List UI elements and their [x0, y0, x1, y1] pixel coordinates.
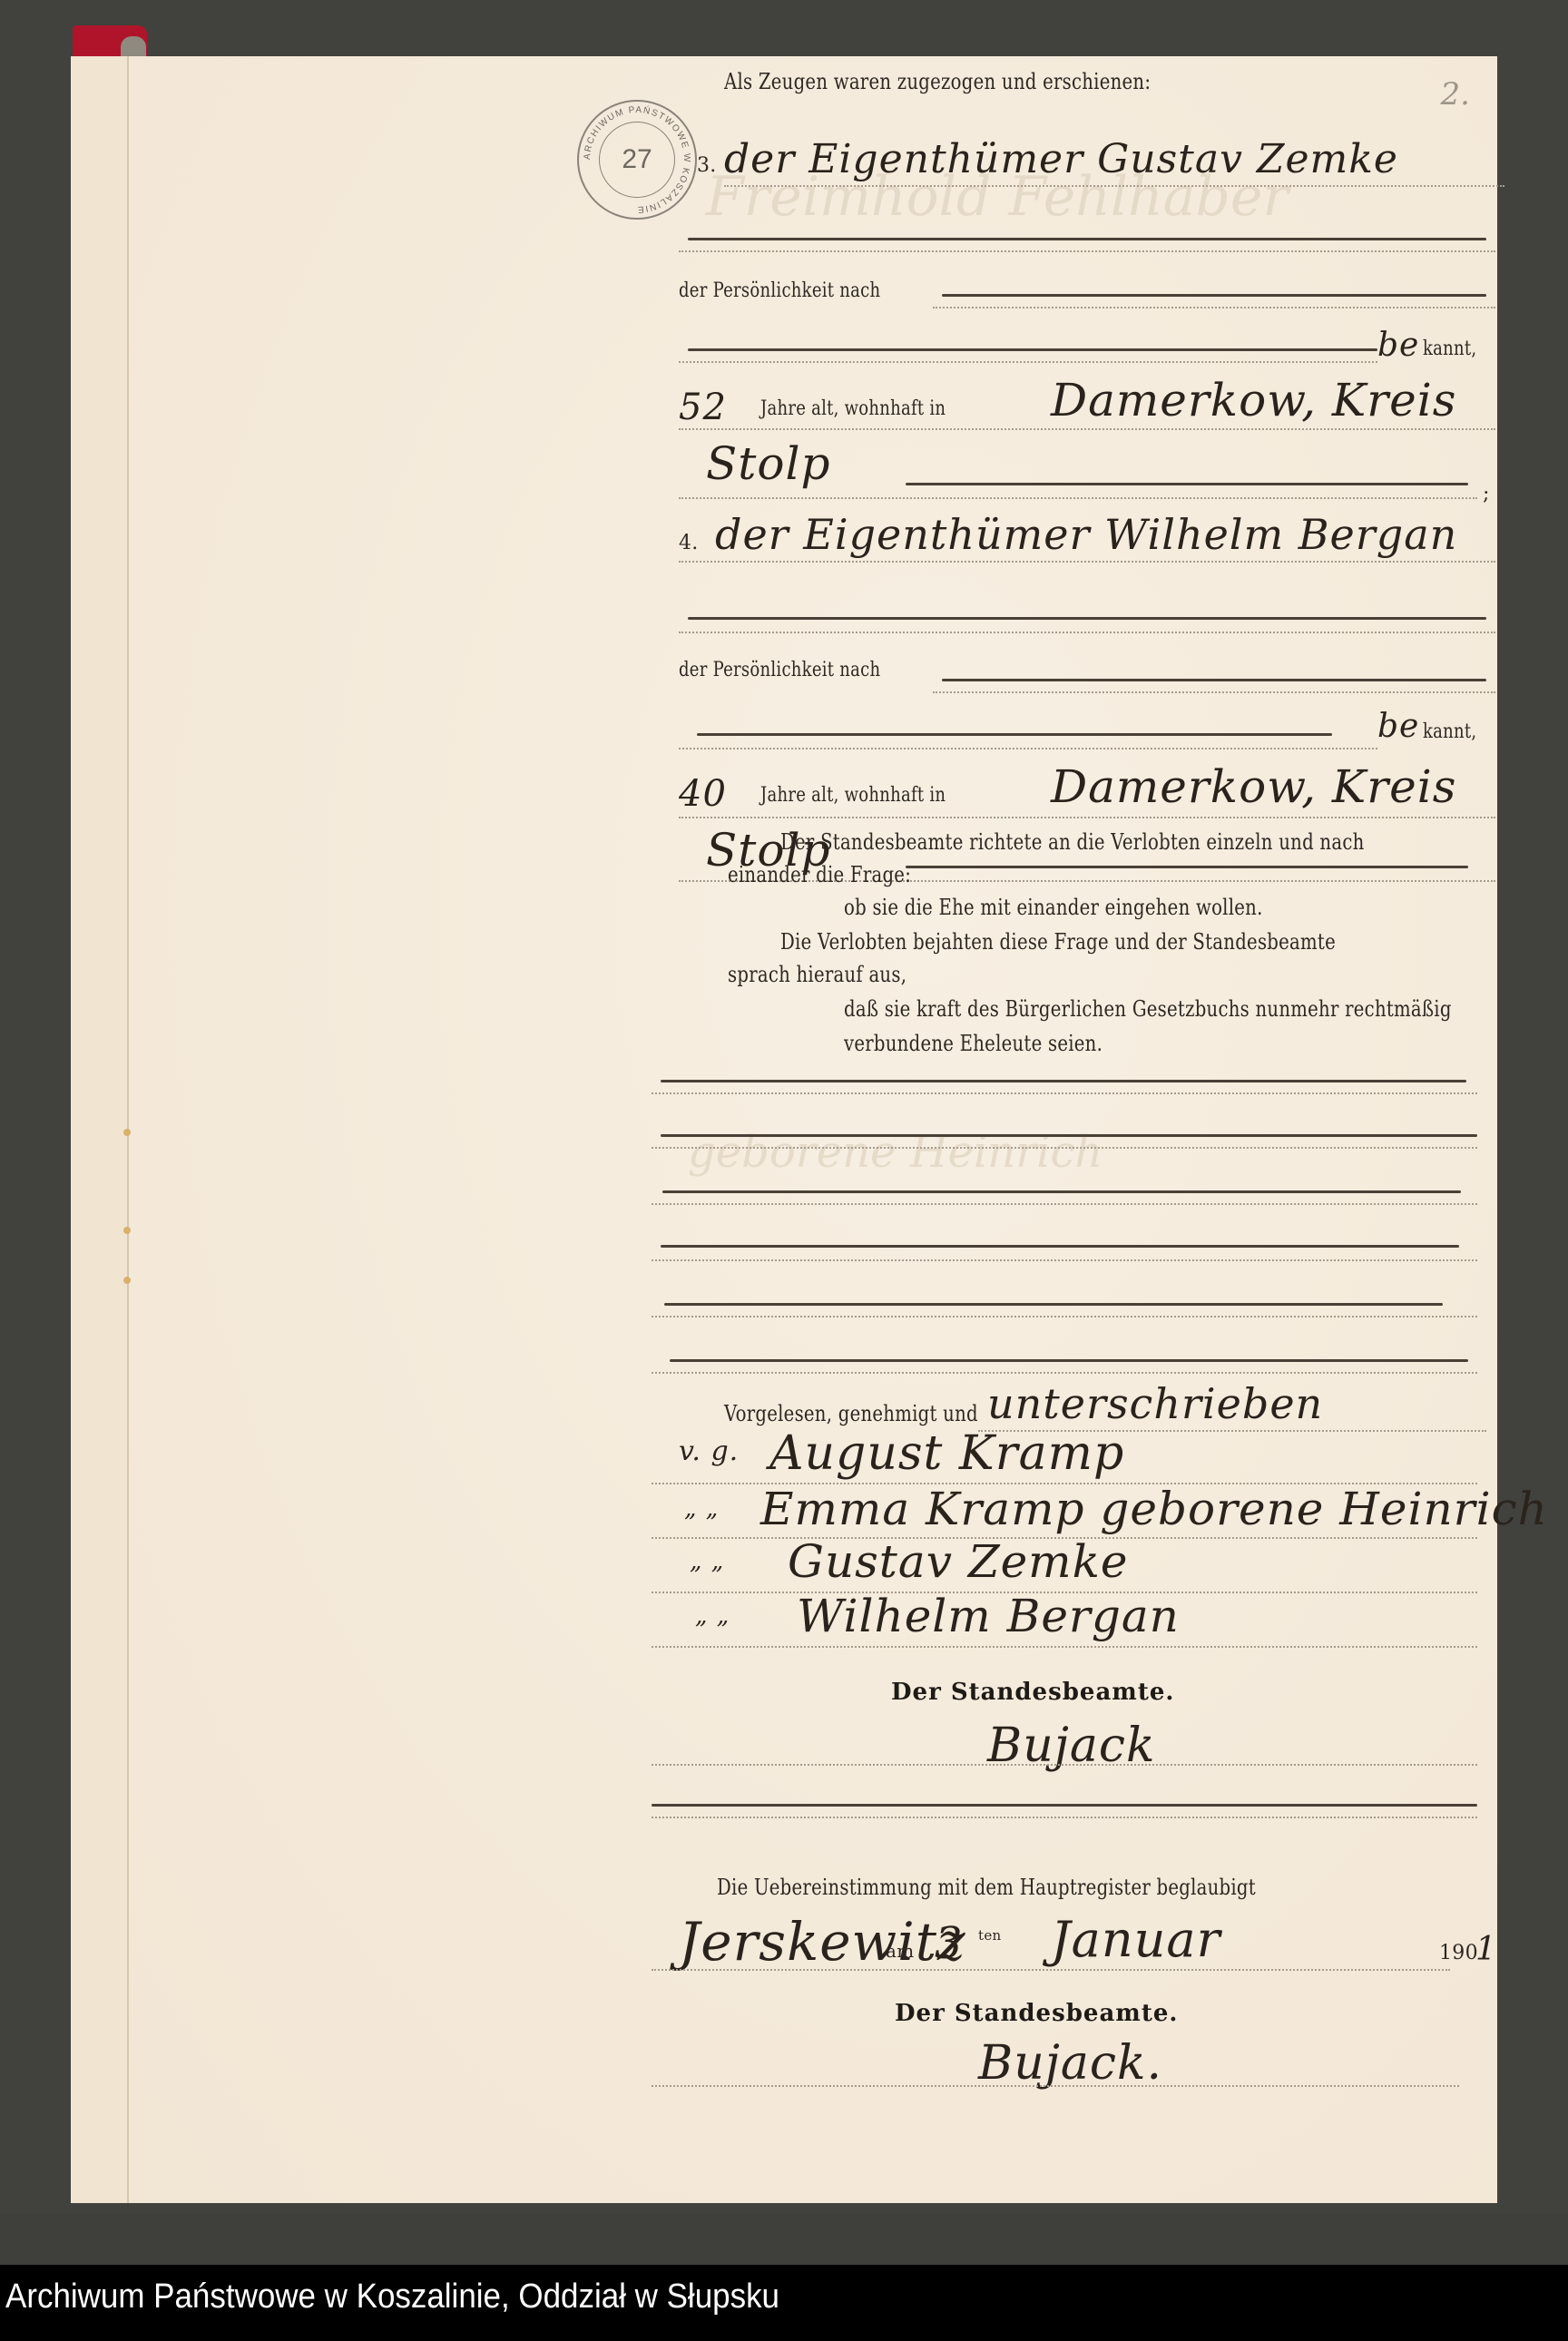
witness-3-name: der Eigenthümer Gustav Zemke — [724, 136, 1398, 182]
witness-3-age-label: Jahre alt, wohnhaft in — [760, 397, 946, 420]
dotted-line — [652, 1147, 1477, 1149]
dotted-line — [679, 361, 1377, 363]
dotted-line — [652, 1316, 1477, 1317]
binding-margin — [71, 56, 127, 2203]
ceremony-line-3: ob sie die Ehe mit einander eingehen wol… — [844, 895, 1263, 920]
archive-caption-bar: Archiwum Państwowe w Koszalinie, Oddział… — [0, 2265, 1568, 2341]
signature-prefix: „ „ — [684, 1495, 719, 1523]
signature-section-label: Vorgelesen, genehmigt und — [724, 1401, 978, 1426]
witness-4-identity-label: der Persönlichkeit nach — [679, 659, 880, 681]
dotted-line — [652, 1969, 1450, 1971]
dotted-line — [652, 1764, 1477, 1766]
archive-caption: Archiwum Państwowe w Koszalinie, Oddział… — [5, 2277, 779, 2317]
dotted-line — [679, 561, 1495, 563]
ink-fill-line — [688, 348, 1377, 351]
dotted-line — [652, 1203, 1477, 1205]
dotted-line — [652, 2085, 1459, 2087]
witness-4-age: 40 — [679, 773, 727, 815]
certification-registrar-title: Der Standesbeamte. — [895, 2000, 1178, 2027]
dotted-line — [679, 428, 1495, 430]
witnesses-heading: Als Zeugen waren zugezogen und erschiene… — [724, 69, 1151, 94]
certification-text: Die Uebereinstimmung mit dem Hauptregist… — [717, 1875, 1256, 1900]
witness-3-residence: Damerkow, Kreis — [1051, 374, 1456, 426]
witness-4-residence: Damerkow, Kreis — [1051, 760, 1456, 813]
ceremony-line-5: sprach hierauf aus, — [728, 962, 906, 987]
signature-section-label-handwritten: unterschrieben — [987, 1379, 1323, 1428]
document-page: Freimhold Fehlhaber geborene Heinrich 2.… — [71, 56, 1497, 2203]
stitch-hole — [123, 1277, 131, 1284]
ceremony-line-7: verbundene Eheleute seien. — [844, 1031, 1102, 1056]
certification-am-label: am — [886, 1940, 915, 1962]
strike-line — [662, 1190, 1461, 1193]
dotted-line — [652, 1092, 1477, 1094]
dotted-line — [679, 748, 1377, 749]
registrar-title: Der Standesbeamte. — [891, 1679, 1174, 1706]
stamp-number: 27 — [622, 144, 652, 175]
dotted-line — [933, 691, 1495, 693]
witness-4-known-suffix: kannt, — [1423, 720, 1476, 743]
signature-wilhelm-bergan: Wilhelm Bergan — [797, 1590, 1180, 1642]
certification-day: 3 — [935, 1918, 964, 1969]
witness-3-age: 52 — [679, 387, 727, 428]
stitch-hole — [123, 1227, 131, 1234]
witness-4-name: der Eigenthümer Wilhelm Bergan — [715, 510, 1457, 559]
ink-fill-line — [942, 679, 1486, 681]
dotted-line — [652, 1259, 1477, 1261]
signature-emma-kramp: Emma Kramp geborene Heinrich — [760, 1483, 1548, 1535]
witness-3-line-end: ; — [1483, 483, 1490, 505]
page-number: 2. — [1441, 76, 1470, 113]
witness-4-number: 4. — [679, 532, 699, 554]
dotted-line — [652, 1372, 1477, 1374]
dotted-line — [679, 250, 1495, 252]
signature-prefix: „ „ — [690, 1548, 724, 1575]
strike-line — [661, 1080, 1466, 1082]
dotted-line — [679, 632, 1495, 633]
stitch-hole — [123, 1129, 131, 1136]
strike-line — [670, 1359, 1468, 1362]
witness-4-known-prefix: be — [1377, 708, 1419, 745]
ink-fill-line — [688, 238, 1486, 240]
ink-fill-line — [942, 294, 1486, 297]
witness-3-known-prefix: be — [1377, 327, 1419, 364]
ink-fill-line — [688, 617, 1486, 620]
witness-3-identity-label: der Persönlichkeit nach — [679, 279, 880, 302]
strike-line — [661, 1134, 1477, 1137]
certification-year-handwritten: 1 — [1475, 1931, 1497, 1968]
ceremony-line-2: einander die Frage: — [728, 862, 911, 887]
witness-4-age-label: Jahre alt, wohnhaft in — [760, 784, 946, 807]
ceremony-line-6: daß sie kraft des Bürgerlichen Gesetzbuc… — [844, 996, 1452, 1022]
signature-prefix: v. g. — [679, 1435, 739, 1467]
strike-line — [661, 1245, 1459, 1248]
dotted-line — [679, 817, 1495, 818]
dotted-line — [724, 185, 1504, 187]
certification-year-printed: 190 — [1439, 1942, 1478, 1964]
witness-3-known-suffix: kannt, — [1423, 338, 1476, 360]
certification-registrar-signature: Bujack. — [978, 2036, 1162, 2091]
ink-fill-line — [697, 733, 1332, 736]
archive-stamp: ARCHIWUM PAŃSTWOWE W KOSZALINIE 27 — [577, 100, 697, 220]
signature-prefix: „ „ — [695, 1602, 730, 1630]
certification-ten-label: ten — [978, 1927, 1001, 1944]
signature-august-kramp: August Kramp — [769, 1426, 1124, 1481]
ceremony-line-1: Der Standesbeamte richtete an die Verlob… — [780, 829, 1365, 855]
dotted-line — [652, 1817, 1477, 1818]
dotted-line — [679, 497, 1477, 499]
dotted-line — [652, 1646, 1477, 1648]
ceremony-line-4: Die Verlobten bejahten diese Frage und d… — [780, 929, 1336, 955]
certification-month: Januar — [1051, 1911, 1220, 1968]
dotted-line — [933, 307, 1495, 309]
signature-gustav-zemke: Gustav Zemke — [788, 1535, 1128, 1588]
witness-3-residence-line2: Stolp — [706, 437, 830, 490]
ink-fill-line — [652, 1804, 1477, 1807]
certification-place: Jerskewitz — [679, 1911, 966, 1973]
witness-3-number: 3. — [697, 154, 717, 177]
strike-line — [664, 1303, 1443, 1306]
ink-fill-line — [906, 483, 1468, 485]
ink-fill-line — [906, 866, 1468, 868]
